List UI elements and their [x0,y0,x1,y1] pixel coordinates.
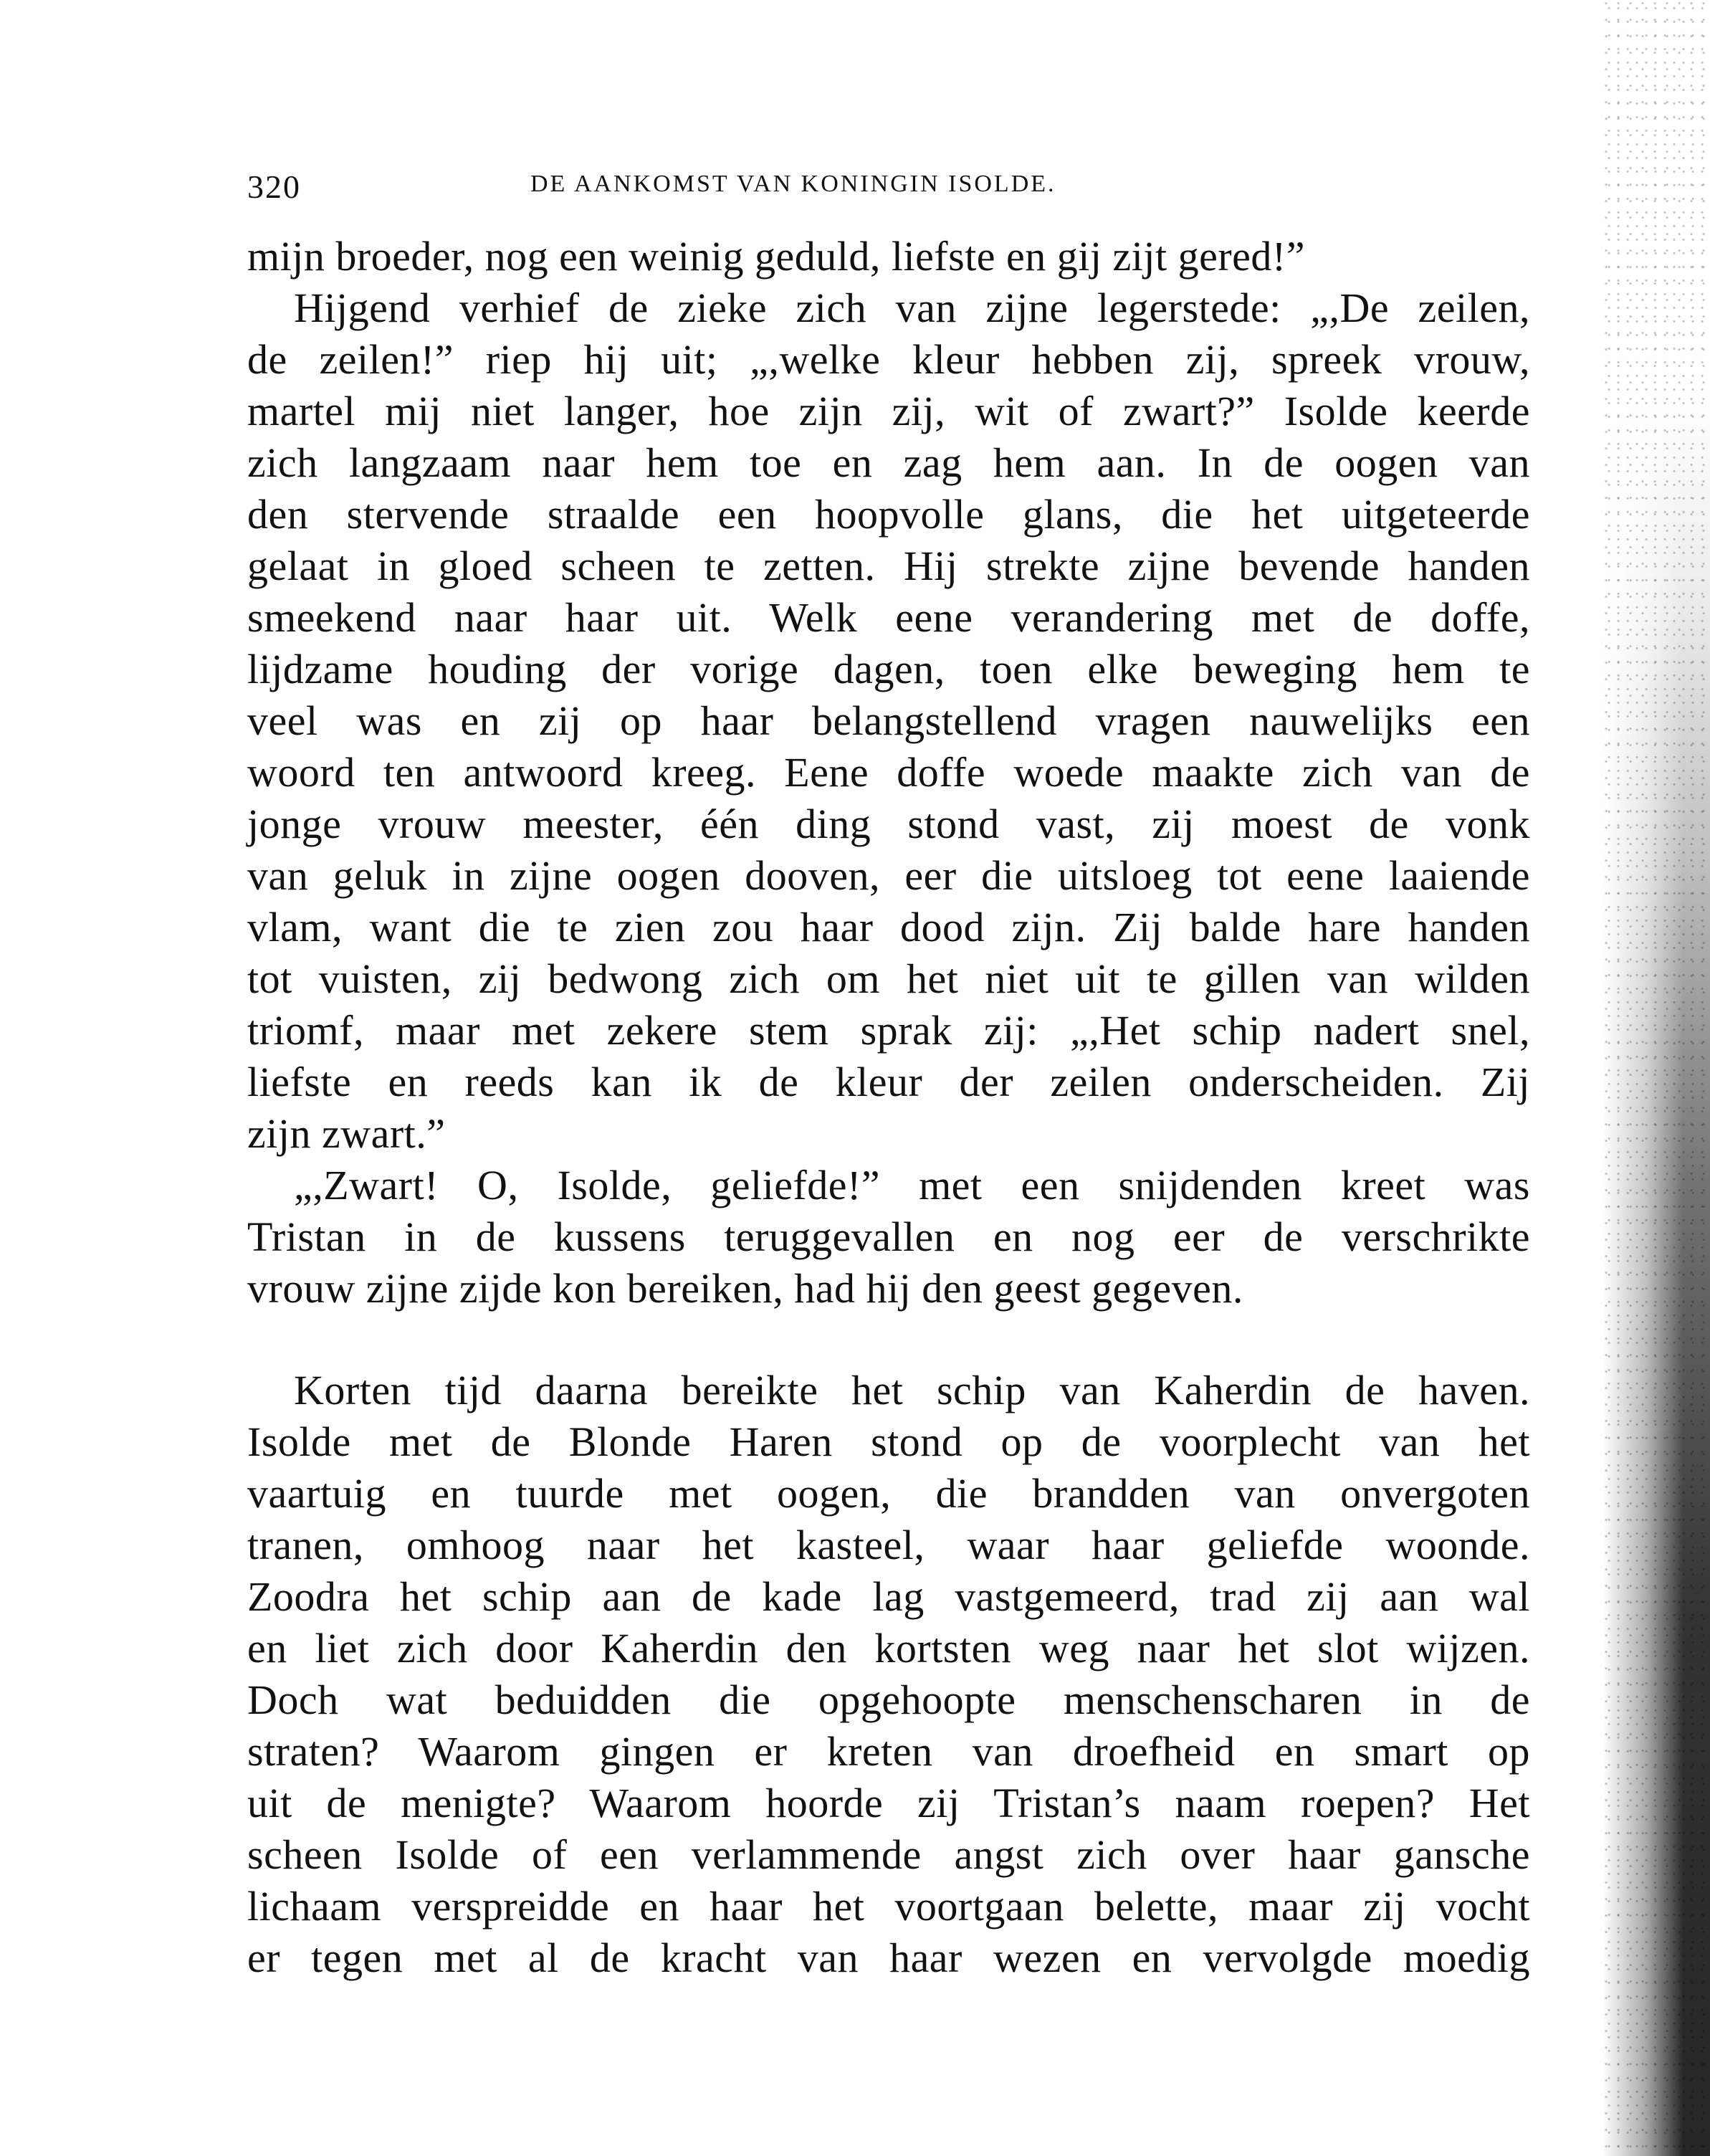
text-line: straten? Waarom gingen er kreten van dro… [247,1726,1530,1778]
text-line: den stervende straalde een hoopvolle gla… [247,489,1530,540]
text-line: de zeilen!” riep hij uit; „,welke kleur … [247,334,1530,386]
running-head: DE AANKOMST VAN KONINGIN ISOLDE. [530,172,1261,196]
text-line: gelaat in gloed scheen te zetten. Hij st… [247,540,1530,592]
text-line: Korten tijd daarna bereikte het schip va… [294,1365,1530,1416]
book-page: 320 DE AANKOMST VAN KONINGIN ISOLDE. mij… [0,0,1710,2156]
text-line: vlam, want die te zien zou haar dood zij… [247,902,1530,953]
text-line: lijdzame houding der vorige dagen, toen … [247,644,1530,695]
text-line: jonge vrouw meester, één ding stond vast… [247,798,1530,850]
text-line: Zoodra het schip aan de kade lag vastgem… [247,1571,1530,1623]
text-line: er tegen met al de kracht van haar wezen… [247,1932,1530,1984]
text-line: lichaam verspreidde en haar het voortgaa… [247,1881,1530,1932]
text-line: smeekend naar haar uit. Welk eene verand… [247,592,1530,644]
text-line: woord ten antwoord kreeg. Eene doffe woe… [247,747,1530,798]
text-line: mijn broeder, nog een weinig geduld, lie… [247,231,1530,282]
text-line: scheen Isolde of een verlammende angst z… [247,1829,1530,1881]
text-line: en liet zich door Kaherdin den kortsten … [247,1623,1530,1674]
text-line: liefste en reeds kan ik de kleur der zei… [247,1056,1530,1108]
text-line: Tristan in de kussens teruggevallen en n… [247,1211,1530,1263]
text-line: zijn zwart.” [247,1108,1530,1160]
text-line: tranen, omhoog naar het kasteel, waar ha… [247,1520,1530,1571]
page-number: 320 [247,171,301,204]
text-line: „,Zwart! O, Isolde, geliefde!” met een s… [294,1160,1530,1211]
text-line: uit de menigte? Waarom hoorde zij Trista… [247,1778,1530,1829]
text-line: veel was en zij op haar belangstellend v… [247,695,1530,747]
text-line: martel mij niet langer, hoe zijn zij, wi… [247,386,1530,437]
text-line: Doch wat beduidden die opgehoopte mensch… [247,1674,1530,1726]
text-line: vrouw zijne zijde kon bereiken, had hij … [247,1263,1530,1315]
text-line: van geluk in zijne oogen dooven, eer die… [247,850,1530,902]
scan-edge-shadow [1602,0,1710,2156]
text-line: Isolde met de Blonde Haren stond op de v… [247,1416,1530,1468]
text-line: triomf, maar met zekere stem sprak zij: … [247,1005,1530,1056]
text-line: zich langzaam naar hem toe en zag hem aa… [247,437,1530,489]
scan-edge-speckle [1602,0,1710,2156]
text-line: tot vuisten, zij bedwong zich om het nie… [247,953,1530,1005]
text-line: Hijgend verhief de zieke zich van zijne … [294,282,1530,334]
text-line: vaartuig en tuurde met oogen, die brandd… [247,1468,1530,1520]
